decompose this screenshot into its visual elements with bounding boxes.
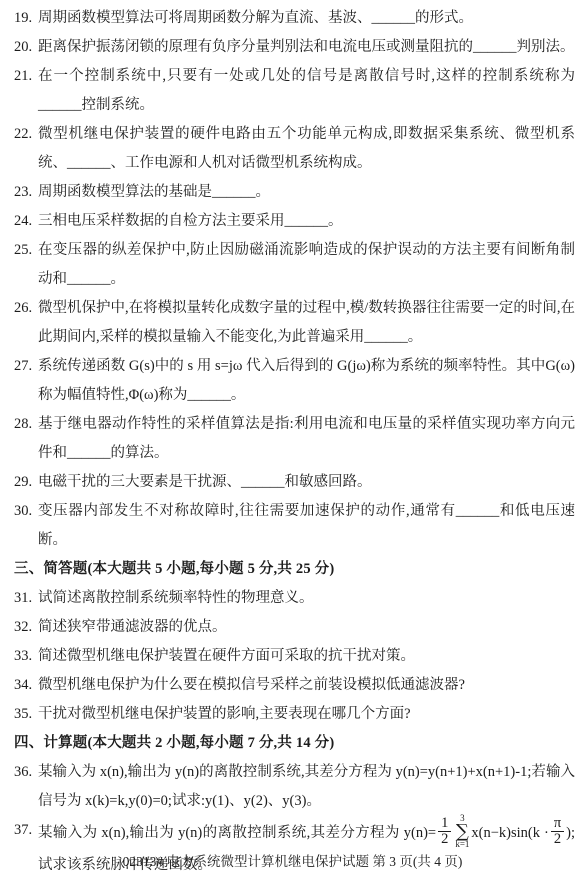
question-text: 微型机继电保护装置的硬件电路由五个功能单元构成,即数据采集系统、微型机系统、__… <box>38 126 575 171</box>
question-number: 22. <box>14 120 32 149</box>
question-text: 在变压器的纵差保护中,防止因励磁涌流影响造成的保护误动的方法主要有间断角制动和_… <box>38 242 575 287</box>
question-text: 简述狭窄带通滤波器的优点。 <box>38 619 227 635</box>
question-number: 37. <box>14 816 32 845</box>
question-34: 34. 微型机继电保护为什么要在模拟信号采样之前装设模拟低通滤波器? <box>14 671 575 700</box>
question-text: 三相电压采样数据的自检方法主要采用______。 <box>38 213 343 229</box>
question-28: 28. 基于继电器动作特性的采样值算法是指:利用电流和电压量的采样值实现功率方向… <box>14 410 575 468</box>
question-27: 27. 系统传递函数 G(s)中的 s 用 s=jω 代入后得到的 G(jω)称… <box>14 352 575 410</box>
question-33: 33. 简述微型机继电保护装置在硬件方面可采取的抗干扰对策。 <box>14 642 575 671</box>
question-text: 变压器内部发生不对称故障时,往往需要加速保护的动作,通常有______和低电压速… <box>38 503 575 548</box>
question-number: 19. <box>14 4 32 33</box>
question-text: 周期函数模型算法可将周期函数分解为直流、基波、______的形式。 <box>38 10 473 26</box>
question-35: 35. 干扰对微型机继电保护装置的影响,主要表现在哪几个方面? <box>14 700 575 729</box>
question-text: 系统传递函数 G(s)中的 s 用 s=jω 代入后得到的 G(jω)称为系统的… <box>38 358 575 403</box>
question-number: 26. <box>14 294 32 323</box>
question-number: 24. <box>14 207 32 236</box>
question-24: 24. 三相电压采样数据的自检方法主要采用______。 <box>14 207 575 236</box>
question-37: 37. 某输入为 x(n),输出为 y(n)的离散控制系统,其差分方程为 y(n… <box>14 816 575 880</box>
question-text: 某输入为 x(n),输出为 y(n)的离散控制系统,其差分方程为 y(n)=y(… <box>38 764 575 809</box>
exam-page: 19. 周期函数模型算法可将周期函数分解为直流、基波、______的形式。 20… <box>14 4 575 880</box>
question-19: 19. 周期函数模型算法可将周期函数分解为直流、基波、______的形式。 <box>14 4 575 33</box>
question-number: 27. <box>14 352 32 381</box>
fraction-one-half: 12 <box>438 816 451 847</box>
page-footer: 02313# 电力系统微型计算机继电保护试题 第 3 页(共 4 页) <box>0 850 585 870</box>
question-number: 29. <box>14 468 32 497</box>
q37-lead-text: 某输入为 x(n),输出为 y(n)的离散控制系统,其差分方程为 y(n)= <box>38 825 436 841</box>
question-text: 试简述离散控制系统频率特性的物理意义。 <box>38 590 314 606</box>
question-text: 微型机保护中,在将模拟量转化成数字量的过程中,模/数转换器往往需要一定的时间,在… <box>38 300 575 345</box>
question-number: 30. <box>14 497 32 526</box>
q37-mid-text: x(n−k)sin(k · <box>471 825 548 841</box>
question-32: 32. 简述狭窄带通滤波器的优点。 <box>14 613 575 642</box>
question-number: 34. <box>14 671 32 700</box>
question-29: 29. 电磁干扰的三大要素是干扰源、______和敏感回路。 <box>14 468 575 497</box>
question-number: 35. <box>14 700 32 729</box>
question-25: 25. 在变压器的纵差保护中,防止因励磁涌流影响造成的保护误动的方法主要有间断角… <box>14 236 575 294</box>
question-text: 在一个控制系统中,只要有一处或几处的信号是离散信号时,这样的控制系统称为____… <box>38 68 575 113</box>
question-text: 干扰对微型机继电保护装置的影响,主要表现在哪几个方面? <box>38 706 411 722</box>
question-text: 基于继电器动作特性的采样值算法是指:利用电流和电压量的采样值实现功率方向元件和_… <box>38 416 575 461</box>
fraction-pi-over-2: π2 <box>551 816 564 847</box>
question-text: 电磁干扰的三大要素是干扰源、______和敏感回路。 <box>38 474 372 490</box>
question-number: 31. <box>14 584 32 613</box>
section-heading-calculation: 四、计算题(本大题共 2 小题,每小题 7 分,共 14 分) <box>14 729 575 758</box>
summation-symbol: 3∑k=1 <box>455 814 469 849</box>
question-number: 25. <box>14 236 32 265</box>
question-number: 32. <box>14 613 32 642</box>
question-number: 28. <box>14 410 32 439</box>
question-20: 20. 距离保护振荡闭锁的原理有负序分量判别法和电流电压或测量阻抗的______… <box>14 33 575 62</box>
question-text: 距离保护振荡闭锁的原理有负序分量判别法和电流电压或测量阻抗的______判别法。 <box>38 39 575 55</box>
section-heading-short-answer: 三、简答题(本大题共 5 小题,每小题 5 分,共 25 分) <box>14 555 575 584</box>
question-23: 23. 周期函数模型算法的基础是______。 <box>14 178 575 207</box>
question-number: 33. <box>14 642 32 671</box>
question-number: 20. <box>14 33 32 62</box>
question-number: 21. <box>14 62 32 91</box>
question-30: 30. 变压器内部发生不对称故障时,往往需要加速保护的动作,通常有______和… <box>14 497 575 555</box>
question-31: 31. 试简述离散控制系统频率特性的物理意义。 <box>14 584 575 613</box>
question-text: 微型机继电保护为什么要在模拟信号采样之前装设模拟低通滤波器? <box>38 677 465 693</box>
question-text: 周期函数模型算法的基础是______。 <box>38 184 270 200</box>
question-36: 36. 某输入为 x(n),输出为 y(n)的离散控制系统,其差分方程为 y(n… <box>14 758 575 816</box>
question-number: 23. <box>14 178 32 207</box>
question-22: 22. 微型机继电保护装置的硬件电路由五个功能单元构成,即数据采集系统、微型机系… <box>14 120 575 178</box>
question-21: 21. 在一个控制系统中,只要有一处或几处的信号是离散信号时,这样的控制系统称为… <box>14 62 575 120</box>
question-number: 36. <box>14 758 32 787</box>
question-26: 26. 微型机保护中,在将模拟量转化成数字量的过程中,模/数转换器往往需要一定的… <box>14 294 575 352</box>
question-text: 简述微型机继电保护装置在硬件方面可采取的抗干扰对策。 <box>38 648 415 664</box>
